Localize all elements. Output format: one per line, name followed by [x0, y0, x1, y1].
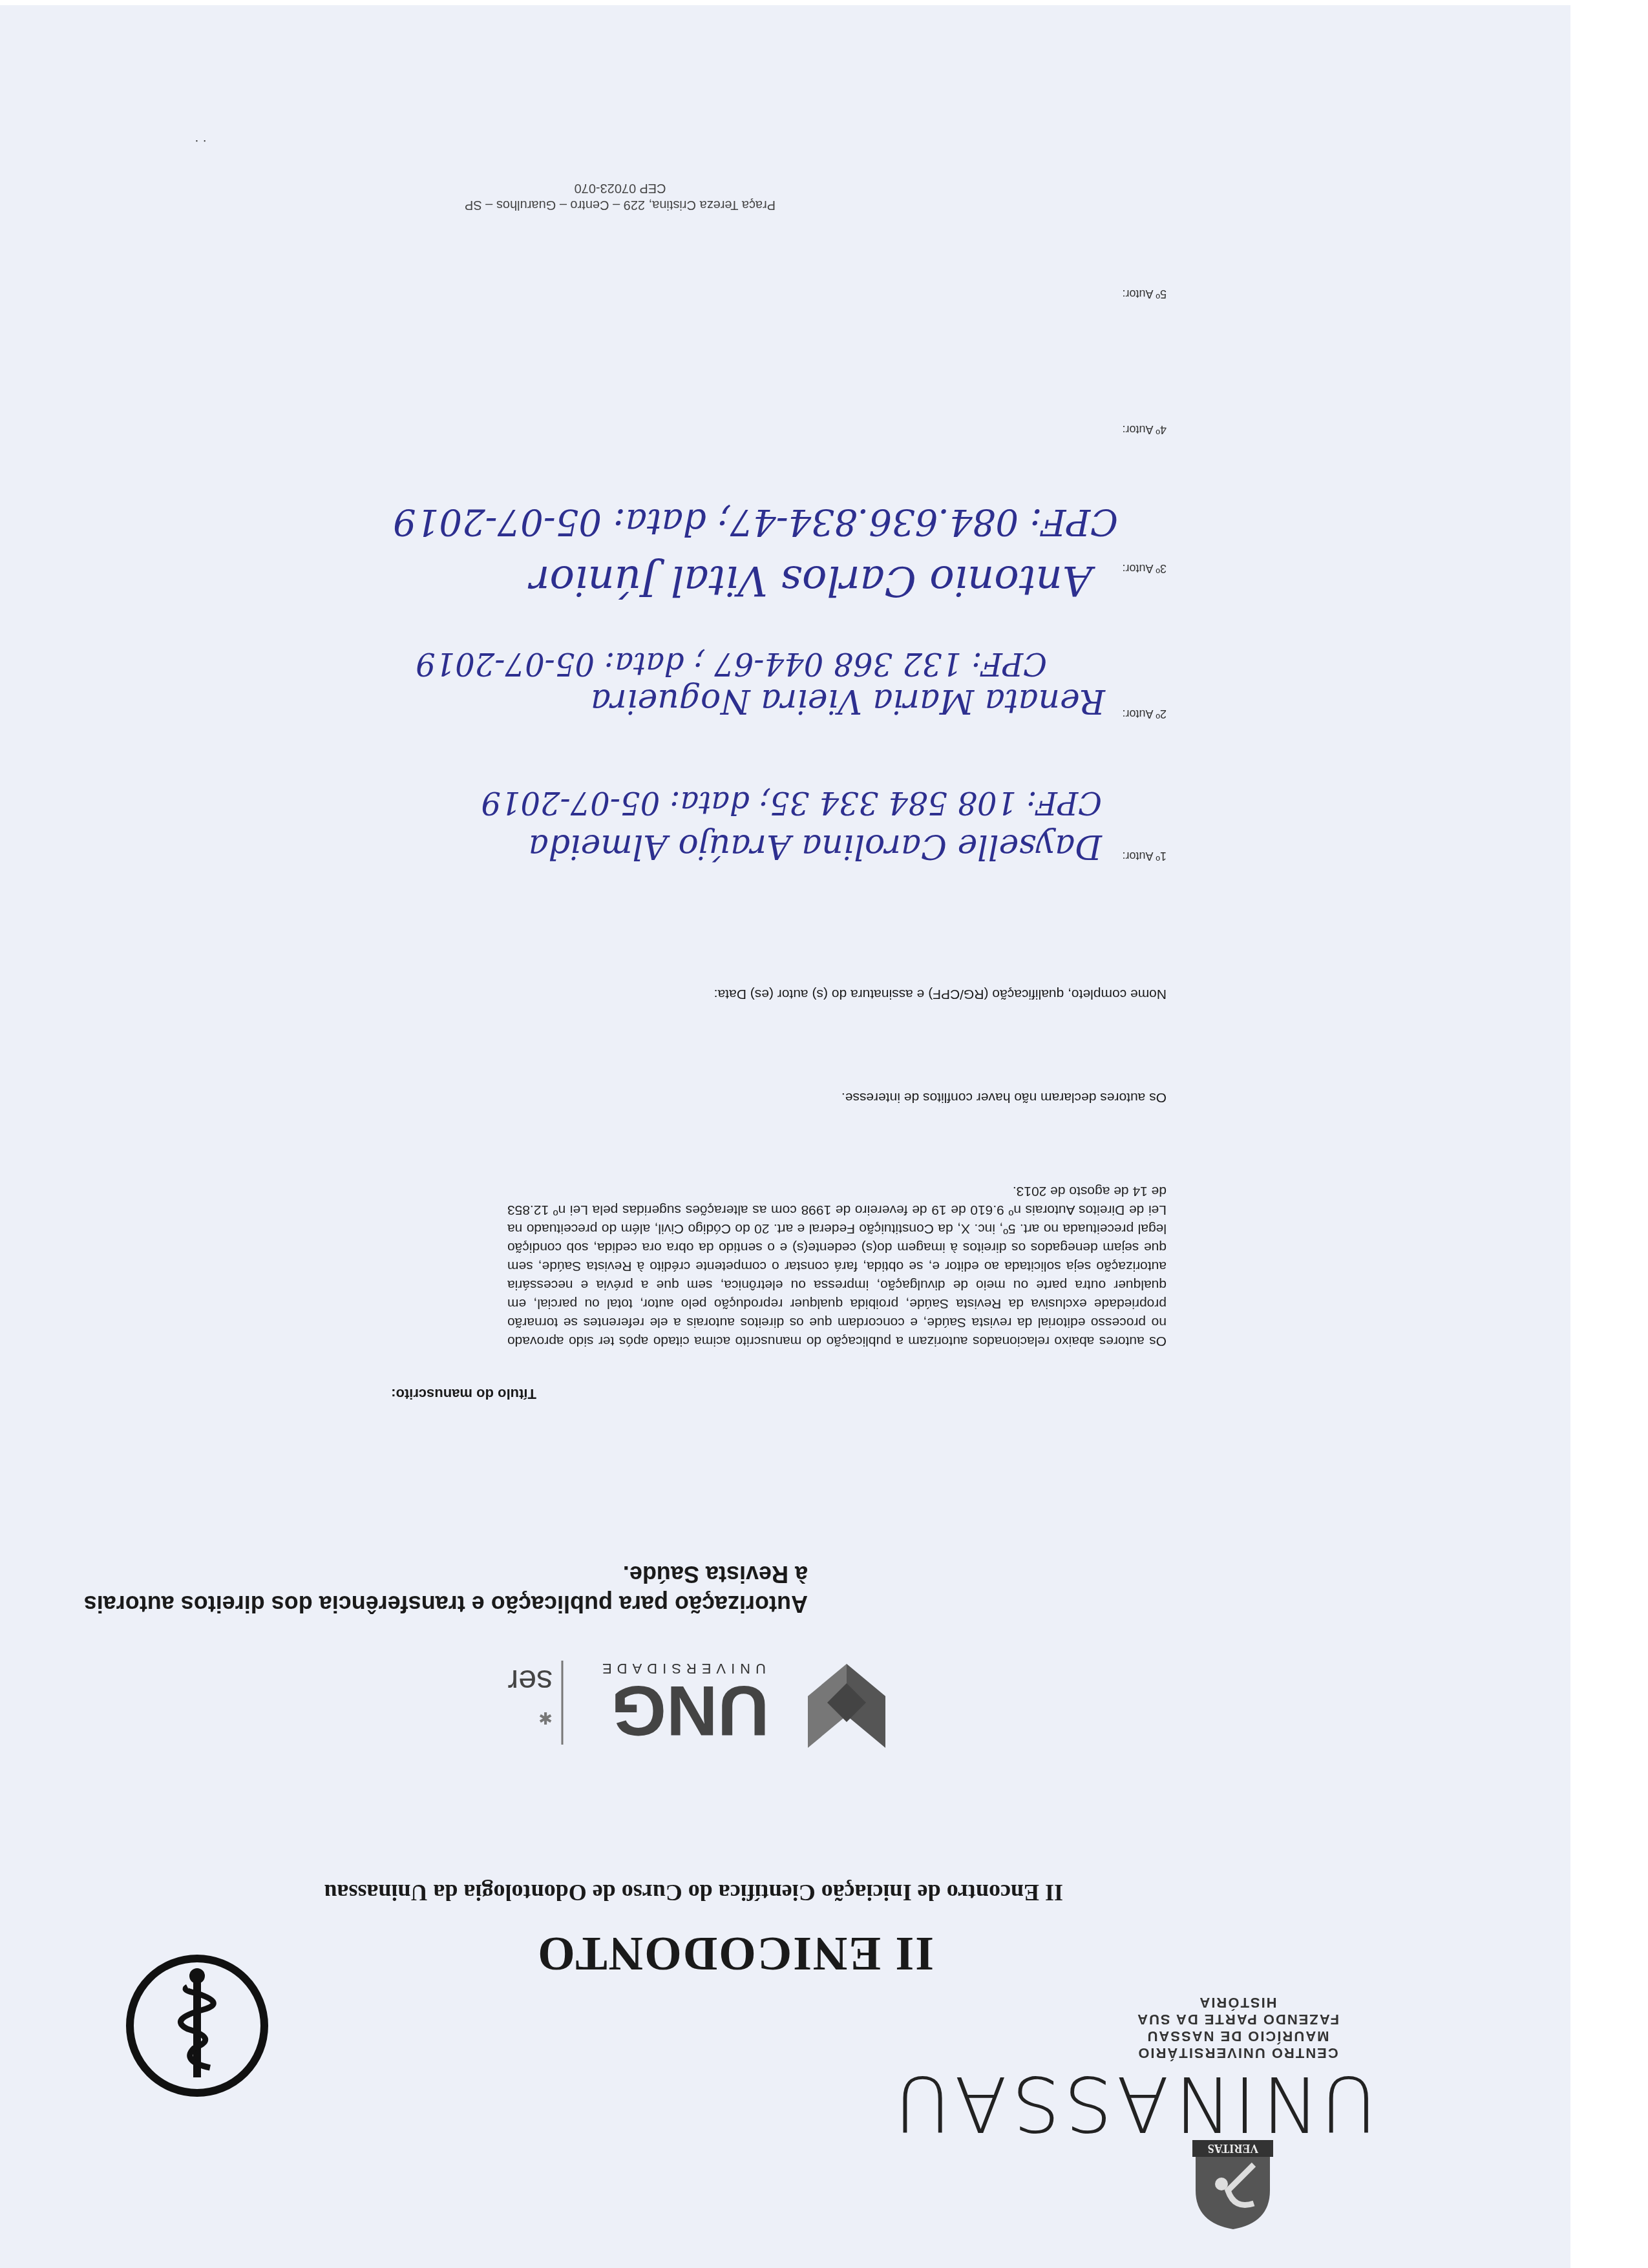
- author-5-label: 5º Autor:: [1122, 287, 1167, 300]
- form-title: Autorização para publicação e transferên…: [65, 1559, 808, 1619]
- institution-subtitle-line1: CENTRO UNIVERSITÁRIO MAURÍCIO DE NASSAU: [1099, 2028, 1377, 2061]
- author-2-signature: Renata Maria Vieira Nogueira: [591, 682, 1105, 720]
- author-1-label: 1º Autor:: [1122, 849, 1167, 863]
- author-1-cpf-date: CPF: 108 584 334 35; data: 05-07-2019: [481, 784, 1102, 821]
- event-subtitle: II Encontro de Iniciação Científica do C…: [324, 1879, 1064, 1906]
- event-name: II ENICODONTO: [536, 1926, 934, 1980]
- svg-text:UNG: UNG: [611, 1671, 769, 1750]
- caduceus-icon: [123, 1951, 271, 2100]
- svg-text:✱: ✱: [538, 1708, 553, 1728]
- author-3-label: 3º Autor:: [1122, 562, 1167, 575]
- address-line: Praça Tereza Cristina, 229 – Centro – Gu…: [465, 196, 776, 213]
- institution-subtitle: CENTRO UNIVERSITÁRIO MAURÍCIO DE NASSAU …: [1099, 1994, 1377, 2061]
- svg-text:ser: ser: [508, 1663, 553, 1699]
- author-2-cpf-date: CPF: 132 368 044-67 ; data: 05-07-2019: [416, 646, 1047, 682]
- scan-specks: · ·: [195, 134, 207, 149]
- ung-logo: UNG UNIVERSIDADE ✱ ser: [478, 1648, 898, 1761]
- author-3-cpf-date: CPF: 084.636.834-47; data: 05-07-2019: [393, 501, 1118, 543]
- conflict-statement: Os autores declaram não haver conflitos …: [841, 1089, 1167, 1105]
- signature-instructions: Nome completo, qualificação (RG/CPF) e a…: [714, 986, 1167, 1002]
- author-4-label: 4º Autor:: [1122, 423, 1167, 436]
- uninassau-shield-icon: VERITAS: [1192, 2142, 1273, 2229]
- scanned-page: VERITAS UNINASSAU CENTRO UNIVERSITÁRIO M…: [0, 0, 1648, 2268]
- svg-text:UNIVERSIDADE: UNIVERSIDADE: [597, 1661, 766, 1677]
- author-2-label: 2º Autor:: [1122, 707, 1167, 720]
- document-upside-down: VERITAS UNINASSAU CENTRO UNIVERSITÁRIO M…: [0, 0, 1570, 2268]
- institution-name: UNINASSAU: [891, 2059, 1377, 2148]
- author-3-signature: Antonio Carlos Vital Júnior: [530, 556, 1092, 604]
- institution-subtitle-line2: FAZENDO PARTE DA SUA HISTÓRIA: [1099, 1994, 1377, 2028]
- manuscript-title-label: Título do manuscrito:: [391, 1385, 536, 1402]
- cep-line: CEP 07023-070: [465, 180, 776, 196]
- footer-address: Praça Tereza Cristina, 229 – Centro – Gu…: [465, 180, 776, 213]
- author-1-signature: Dayselle Carolina Araújo Almeida: [529, 827, 1102, 866]
- authorization-paragraph: Os autores abaixo relacionados autorizam…: [507, 1182, 1167, 1350]
